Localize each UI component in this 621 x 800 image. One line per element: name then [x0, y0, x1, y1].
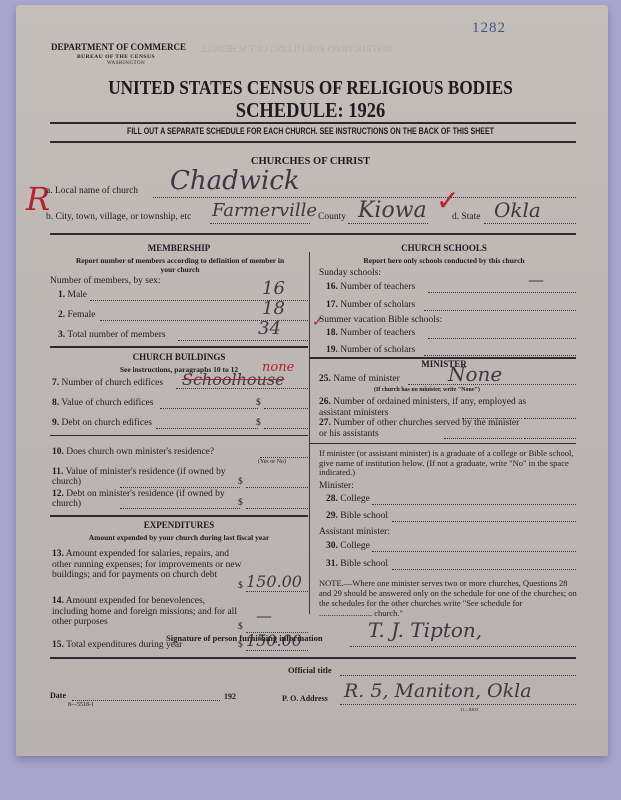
- city-label: WASHINGTON: [107, 61, 145, 66]
- county-label: County: [318, 212, 346, 222]
- date-label: Date: [50, 691, 66, 700]
- divider: [50, 515, 308, 517]
- official-title-field[interactable]: [340, 675, 576, 676]
- city-label-field: b. City, town, village, or township, etc: [46, 212, 191, 222]
- schools-subtitle: Report here only schools conducted by th…: [312, 256, 576, 265]
- bureau-label: BUREAU OF THE CENSUS: [77, 54, 155, 60]
- assistant-edu-label: Assistant minister:: [319, 527, 390, 537]
- residence-debt-label: 12. Debt on minister's residence (if own…: [52, 489, 242, 509]
- other-churches-line: [444, 438, 522, 439]
- county-value[interactable]: Kiowa: [358, 198, 427, 223]
- assistant-college-field[interactable]: [372, 551, 576, 552]
- running-expenses-value[interactable]: 150.00: [246, 572, 302, 591]
- minister-college-label: 28. College: [326, 494, 370, 504]
- total-members-value[interactable]: 34: [258, 318, 281, 339]
- city-line: [210, 223, 310, 224]
- sunday-teachers-label: 16. Number of teachers: [326, 282, 415, 292]
- edifices-count-label: 7. Number of church edifices: [52, 378, 163, 388]
- stamp-number: 1282: [472, 20, 506, 37]
- female-label: 2. Female: [58, 310, 95, 320]
- department-label: DEPARTMENT OF COMMERCE: [51, 42, 186, 52]
- official-title-label: Official title: [288, 665, 332, 675]
- edifices-value-line: [160, 408, 258, 409]
- assistant-ministers-field[interactable]: [524, 418, 576, 419]
- date-year: 192: [224, 692, 236, 701]
- denomination-title: CHURCHES OF CHRIST: [0, 156, 621, 167]
- owns-residence-hint: (Yes or No): [258, 459, 286, 465]
- po-address-value[interactable]: R. 5, Maniton, Okla: [344, 680, 532, 702]
- county-line: [348, 223, 428, 224]
- running-expenses-label: 13. Amount expended for salaries, repair…: [52, 549, 242, 581]
- bleed-through-text: INSTRUCTIONS FOR FILLING OUT SCHEDULE: [200, 44, 392, 54]
- benevolences-currency: $: [238, 622, 243, 632]
- minister-title: MINISTER: [312, 359, 576, 369]
- divider: [50, 122, 576, 124]
- edifices-count-correction: none: [262, 360, 294, 375]
- residence-debt-currency: $: [238, 498, 243, 508]
- sunday-scholars-label: 17. Number of scholars: [326, 300, 415, 310]
- summer-scholars-label: 19. Number of scholars: [326, 345, 415, 355]
- residence-value-currency: $: [238, 477, 243, 487]
- other-churches-field[interactable]: [524, 438, 576, 439]
- summer-schools-label: Summer vacation Bible schools:: [319, 315, 442, 325]
- fill-instruction: FILL OUT A SEPARATE SCHEDULE FOR EACH CH…: [68, 126, 552, 136]
- running-expenses-field[interactable]: [246, 591, 308, 592]
- summer-teachers-field[interactable]: [428, 338, 576, 339]
- sunday-schools-label: Sunday schools:: [319, 268, 381, 278]
- schools-title: CHURCH SCHOOLS: [312, 243, 576, 253]
- page-title: UNITED STATES CENSUS OF RELIGIOUS BODIES: [37, 78, 583, 100]
- schedule-note: NOTE.—Where one minister serves two or m…: [319, 578, 577, 618]
- edifices-debt-label: 9. Debt on church edifices: [52, 418, 152, 428]
- minister-name-value[interactable]: None: [448, 362, 502, 386]
- minister-name-hint: (If church has no minister, write "None"…: [374, 387, 480, 393]
- state-line: [484, 223, 576, 224]
- owns-residence-field[interactable]: [260, 457, 308, 458]
- divider: [50, 141, 576, 143]
- column-divider: [309, 252, 310, 614]
- owns-residence-label: 10. Does church own minister's residence…: [52, 447, 214, 457]
- po-address-field[interactable]: [340, 704, 576, 705]
- po-address-label: P. O. Address: [282, 694, 328, 703]
- total-expenditures-field[interactable]: [246, 650, 308, 651]
- residence-value-field[interactable]: [246, 487, 308, 488]
- male-value[interactable]: 16: [262, 278, 285, 299]
- minister-name-label: 25. Name of minister: [319, 374, 400, 384]
- divider: [50, 657, 576, 659]
- sunday-teachers-field[interactable]: [428, 292, 576, 293]
- members-by-sex-label: Number of members, by sex:: [50, 276, 161, 286]
- signature-field[interactable]: [350, 646, 576, 647]
- sunday-teachers-value[interactable]: —: [528, 270, 544, 289]
- city-value[interactable]: Farmerville: [212, 200, 317, 221]
- divider: [50, 435, 308, 436]
- edifices-debt-field[interactable]: [264, 428, 308, 429]
- state-value[interactable]: Okla: [494, 198, 541, 222]
- print-code: 11—0204: [460, 707, 478, 712]
- edifices-debt-line: [156, 428, 258, 429]
- benevolences-label: 14. Amount expended for benevolences, in…: [52, 596, 242, 628]
- minister-bible-school-field[interactable]: [392, 521, 576, 522]
- date-field[interactable]: [72, 700, 220, 701]
- total-expenditures-label: 15. Total expenditures during year: [52, 640, 182, 650]
- sunday-scholars-field[interactable]: [424, 310, 576, 311]
- membership-subtitle: Report number of members according to de…: [70, 256, 290, 274]
- expenditures-title: EXPENDITURES: [50, 520, 308, 530]
- minister-college-field[interactable]: [372, 504, 576, 505]
- divider: [50, 233, 576, 235]
- benevolences-value[interactable]: —: [256, 606, 272, 625]
- summer-teachers-label: 18. Number of teachers: [326, 328, 415, 338]
- assistant-bible-school-field[interactable]: [392, 569, 576, 570]
- residence-debt-field[interactable]: [246, 508, 308, 509]
- signature-value[interactable]: T. J. Tipton,: [368, 618, 482, 642]
- divider: [310, 443, 576, 444]
- total-members-label: 3. Total number of members: [58, 330, 166, 340]
- signature-label: Signature of person furnishing informati…: [166, 633, 323, 643]
- residence-value-line: [120, 487, 240, 488]
- total-members-line: [178, 340, 308, 341]
- page-subtitle: SCHEDULE: 1926: [37, 98, 583, 123]
- graduate-note: If minister (or assistant minister) is a…: [319, 449, 575, 478]
- male-label: 1. Male: [58, 290, 87, 300]
- summer-scholars-field[interactable]: [424, 355, 576, 356]
- running-expenses-currency: $: [238, 581, 243, 591]
- female-value[interactable]: 18: [262, 298, 285, 319]
- edifices-value-currency: $: [256, 398, 261, 408]
- assistant-bible-school-label: 31. Bible school: [326, 559, 388, 569]
- assistant-college-label: 30. College: [326, 541, 370, 551]
- church-name-label: a. Local name of church: [46, 186, 138, 196]
- edifices-debt-currency: $: [256, 418, 261, 428]
- edifices-value-field[interactable]: [264, 408, 308, 409]
- membership-title: MEMBERSHIP: [50, 243, 308, 253]
- assistant-ministers-label: 26. Number of ordained ministers, if any…: [319, 397, 529, 418]
- residence-value-label: 11. Value of minister's residence (if ow…: [52, 467, 242, 487]
- expenditures-subtitle: Amount expended by your church during la…: [50, 533, 308, 542]
- edifices-value-label: 8. Value of church edifices: [52, 398, 153, 408]
- residence-debt-line: [120, 508, 240, 509]
- minister-bible-school-label: 29. Bible school: [326, 511, 388, 521]
- divider: [50, 346, 308, 348]
- form-code: 8—5518-1: [68, 702, 94, 708]
- minister-edu-label: Minister:: [319, 481, 354, 491]
- state-label: d. State: [452, 212, 481, 222]
- church-name-value[interactable]: Chadwick: [170, 166, 300, 196]
- other-churches-label: 27. Number of other churches served by t…: [319, 418, 529, 439]
